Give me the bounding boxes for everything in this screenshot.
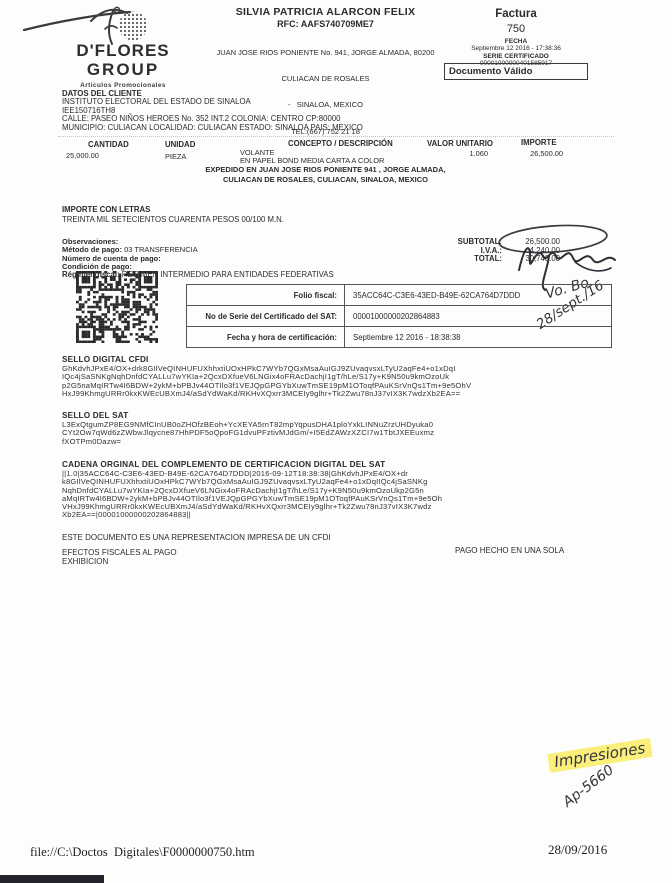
item-concepto: VOLANTE EN PAPEL BOND MEDIA CARTA A COLO… — [240, 149, 384, 165]
fecha-value: Septiembre 12 2016 - 17:38:36 — [450, 45, 582, 52]
client-city: MUNICIPIO: CULIACAN LOCALIDAD: CULIACAN … — [62, 124, 363, 132]
logo-text-dflores: D'FLORES — [55, 41, 191, 61]
item-unidad: PIEZA — [165, 152, 186, 161]
col-importe: IMPORTE — [521, 138, 557, 147]
flower-figure-icon — [83, 5, 163, 45]
logo-text-group: GROUP — [55, 60, 191, 80]
sello-sat-text: L3ExQtgumZP8EG9NMfCInUB0oZHOfzBEoh+YcXEY… — [62, 421, 434, 446]
pago-notice: PAGO HECHO EN UNA SOLA — [455, 546, 564, 555]
fiscal-data-table: Folio fiscal: 35ACC64C-C3E6-43ED-B49E-62… — [186, 284, 612, 348]
item-valor-unitario: 1.060 — [450, 149, 488, 158]
footer-date: 28/09/2016 — [548, 842, 607, 858]
col-valor-unitario: VALOR UNITARIO — [427, 139, 493, 148]
col-unidad: UNIDAD — [165, 140, 195, 149]
invoice-title: Factura — [450, 8, 582, 20]
logo-tagline: Articulos Promocionales — [55, 82, 191, 89]
invoice-meta: Factura 750 FECHA Septiembre 12 2016 - 1… — [450, 8, 582, 68]
payment-block: Observaciones: Método de pago: 03 TRANSF… — [62, 238, 198, 272]
invoice-page: D'FLORES GROUP Articulos Promocionales S… — [0, 0, 672, 883]
fiscal-row-serie-sat: No de Serie del Certificado del SAT: 000… — [187, 305, 611, 326]
cadena-title: CADENA ORGINAL DEL COMPLEMENTO DE CERTIF… — [62, 460, 385, 469]
serie-label: SERIE CERTIFICADO — [450, 53, 582, 60]
issuer-name: SILVIA PATRICIA ALARCON FELIX — [183, 6, 468, 18]
cfdi-notice: ESTE DOCUMENTO ES UNA REPRESENTACION IMP… — [62, 533, 331, 542]
fiscal-row-fecha-cert: Fecha y hora de certificación: Septiembr… — [187, 326, 611, 347]
cfdi-qr-code — [76, 271, 158, 343]
cadena-text: ||1.0|35ACC64C-C3E6-43ED-B49E-62CA764D7D… — [62, 470, 442, 520]
company-logo: D'FLORES GROUP Articulos Promocionales — [55, 5, 191, 89]
sello-cfdi-text: GhKdvhJPxE4/OX+drk8GIlVeQINHUFUXhhxtiUOx… — [62, 365, 471, 398]
fecha-label: FECHA — [450, 38, 582, 45]
issuer-rfc: RFC: AAFS740709ME7 — [183, 19, 468, 29]
sello-sat-title: SELLO DEL SAT — [62, 411, 128, 420]
client-data: DATOS DEL CLIENTE INSTITUTO ELECTORAL DE… — [62, 90, 363, 132]
scan-edge-bar — [0, 875, 104, 883]
item-importe: 26,500.00 — [515, 149, 563, 158]
col-concepto: CONCEPTO / DESCRIPCIÓN — [288, 139, 393, 148]
issuer-expedido: EXPEDIDO EN JUAN JOSE RIOS PONIENTE 941 … — [183, 165, 468, 184]
footer-file-path: file://C:\Doctos Digitales\F0000000750.h… — [30, 845, 255, 860]
totals-labels: SUBTOTAL: I.V.A.: TOTAL: — [380, 238, 502, 264]
efectos-fiscales: EFECTOS FISCALES AL PAGO EXHIBICION — [62, 548, 177, 566]
sello-cfdi-title: SELLO DIGITAL CFDI — [62, 355, 149, 364]
total-label: TOTAL: — [380, 255, 502, 264]
importe-letras-label: IMPORTE CON LETRAS — [62, 205, 150, 214]
table-top-rule — [58, 136, 614, 137]
item-cantidad: 25,000.00 — [66, 151, 99, 160]
fiscal-row-folio: Folio fiscal: 35ACC64C-C3E6-43ED-B49E-62… — [187, 285, 611, 305]
col-cantidad: CANTIDAD — [88, 140, 129, 149]
invoice-number: 750 — [450, 23, 582, 35]
importe-letras-value: TREINTA MIL SETECIENTOS CUARENTA PESOS 0… — [62, 215, 284, 224]
documento-valido-badge: Documento Válido — [444, 63, 588, 80]
